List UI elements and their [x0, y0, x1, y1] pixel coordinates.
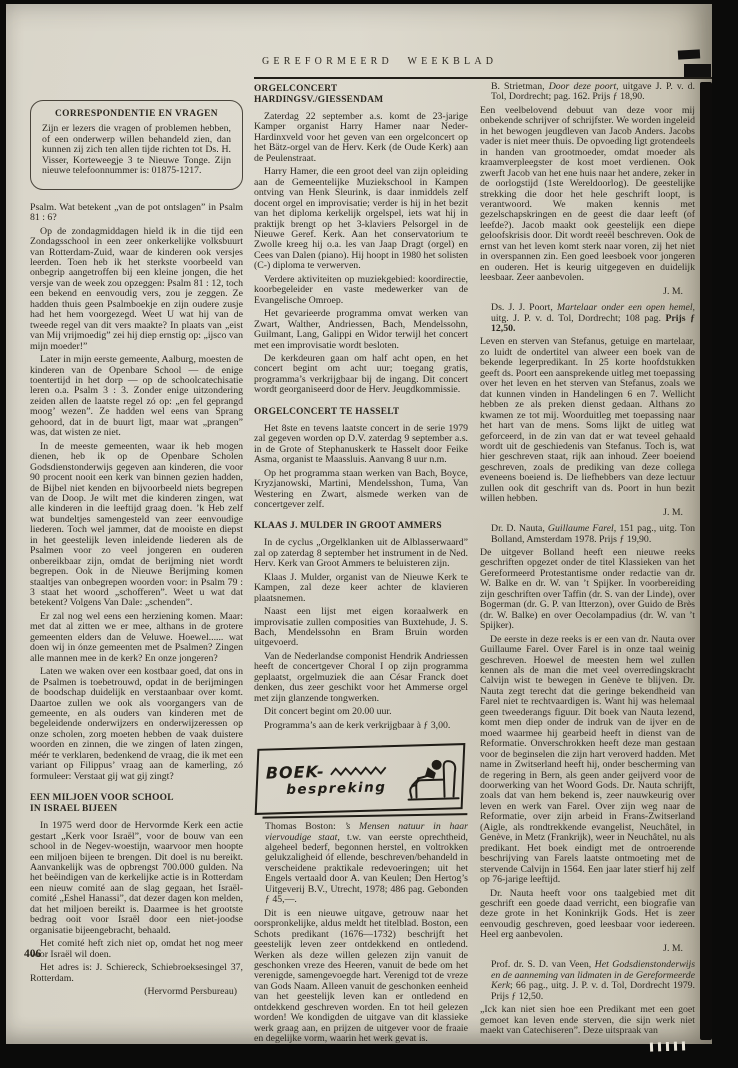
article-paragraph: Van de Nederlandse componist Hendrik And… [254, 652, 468, 704]
correspondence-box-body: Zijn er lezers die vragen of problemen h… [42, 124, 231, 176]
masthead-title: GEREFORMEERD WEEKBLAD [262, 56, 497, 67]
squiggle-decoration [329, 765, 387, 777]
reviewer-initials: J. M. [480, 287, 695, 297]
article-paragraph: Programma’s aan de kerk verkrijgbaar à ƒ… [254, 721, 468, 731]
book-citation: Ds. J. J. Poort, Martelaar onder een ope… [480, 303, 695, 334]
section-heading-israel: EEN MILJOEN VOOR SCHOOL IN ISRAEL BIJEEN [30, 793, 243, 815]
article-paragraph: Het 8ste en tevens laatste concert in de… [254, 424, 468, 466]
article-paragraph: In de cyclus „Orgelklanken uit de Alblas… [254, 538, 468, 569]
column-left: CORRESPONDENTIE EN VRAGEN Zijn er lezers… [30, 94, 243, 1000]
section-heading-concert3: KLAAS J. MULDER IN GROOT AMMERS [254, 521, 468, 532]
correspondence-box-title: CORRESPONDENTIE EN VRAGEN [42, 109, 231, 119]
article-paragraph: In 1975 werd door de Hervormde Kerk een … [30, 821, 243, 936]
book-review-banner: BOEK- bespreking [255, 743, 466, 815]
reviewer-initials: J. M. [480, 508, 695, 518]
article-paragraph: Het gevarieerde programma omvat werken v… [254, 309, 468, 351]
article-paragraph: Dit concert begint om 20.00 uur. [254, 707, 468, 717]
film-edge-marks [650, 1041, 685, 1051]
article-paragraph: Het adres is: J. Schiereck, Schiebroekse… [30, 963, 243, 984]
book-citation: Dr. D. Nauta, Guillaume Farel, 151 pag.,… [480, 524, 695, 545]
column-middle: ORGELCONCERT HARDINGSV./GIESSENDAM Zater… [254, 84, 468, 1044]
article-paragraph: De kerkdeuren gaan om half acht open, en… [254, 354, 468, 396]
review-paragraph: Een veelbelovend debuut van deze voor mi… [480, 106, 695, 284]
article-paragraph: Klaas J. Mulder, organist van de Nieuwe … [254, 573, 468, 604]
newspaper-page: GEREFORMEERD WEEKBLAD 406 CORRESPONDENTI… [6, 4, 712, 1044]
review-paragraph: De uitgever Bolland heeft een nieuwe ree… [480, 548, 695, 632]
article-paragraph: Er zal nog wel eens een herziening komen… [30, 612, 243, 664]
reviewer-initials: J. M. [480, 944, 695, 954]
review-paragraph: De eerste in deze reeks is er een van dr… [480, 635, 695, 886]
section-heading-concert2: ORGELCONCERT TE HASSELT [254, 407, 468, 418]
book-citation: Prof. dr. S. D. van Veen, Het Godsdienst… [480, 960, 695, 1002]
book-citation: Thomas Boston: ’s Mensen natuur in haar … [254, 822, 468, 906]
review-paragraph: „Ick kan niet sien hoe een Predikant met… [480, 1005, 695, 1036]
article-paragraph: Het comité heft zich niet op, omdat het … [30, 939, 243, 960]
article-paragraph: Op het programma staan werken van Bach, … [254, 469, 468, 511]
press-credit: (Hervormd Persbureau) [30, 987, 243, 997]
section-heading-concert1: ORGELCONCERT HARDINGSV./GIESSENDAM [254, 84, 468, 106]
article-paragraph: In de meeste gemeenten, waar ik heb moge… [30, 442, 243, 609]
reading-person-illustration [403, 750, 460, 804]
review-paragraph: Dr. Nauta heeft voor ons taalgebied met … [480, 889, 695, 941]
review-paragraph: Dit is een nieuwe uitgave, getrouw naar … [254, 909, 468, 1044]
book-review-banner-lettering: BOEK- bespreking [258, 762, 389, 798]
article-paragraph: Psalm. Wat betekent „van de pot ontslage… [30, 203, 243, 224]
article-paragraph: Op de zondagmiddagen hield ik in die tij… [30, 227, 243, 352]
correspondence-box: CORRESPONDENTIE EN VRAGEN Zijn er lezers… [30, 100, 243, 190]
article-paragraph: Naast een lijst met eigen koraalwerk en … [254, 607, 468, 649]
article-paragraph: Harry Hamer, die een groot deel van zijn… [254, 167, 468, 272]
registration-mark [684, 64, 711, 77]
page-gutter-shadow [700, 82, 712, 1040]
review-paragraph: Leven en sterven van Stefanus, getuige e… [480, 337, 695, 504]
column-right: B. Strietman, Door deze poort, uitgave J… [480, 82, 695, 1039]
masthead-rule [254, 77, 712, 79]
article-paragraph: Later in mijn eerste gemeente, Aalburg, … [30, 355, 243, 439]
registration-mark [678, 49, 700, 59]
article-paragraph: Verdere aktiviteiten op muziekgebied: ko… [254, 275, 468, 306]
article-paragraph: Zaterdag 22 september a.s. komt de 23-ja… [254, 112, 468, 164]
article-paragraph: Laten we waken over een kostbaar goed, d… [30, 667, 243, 782]
book-citation: B. Strietman, Door deze poort, uitgave J… [480, 82, 695, 103]
